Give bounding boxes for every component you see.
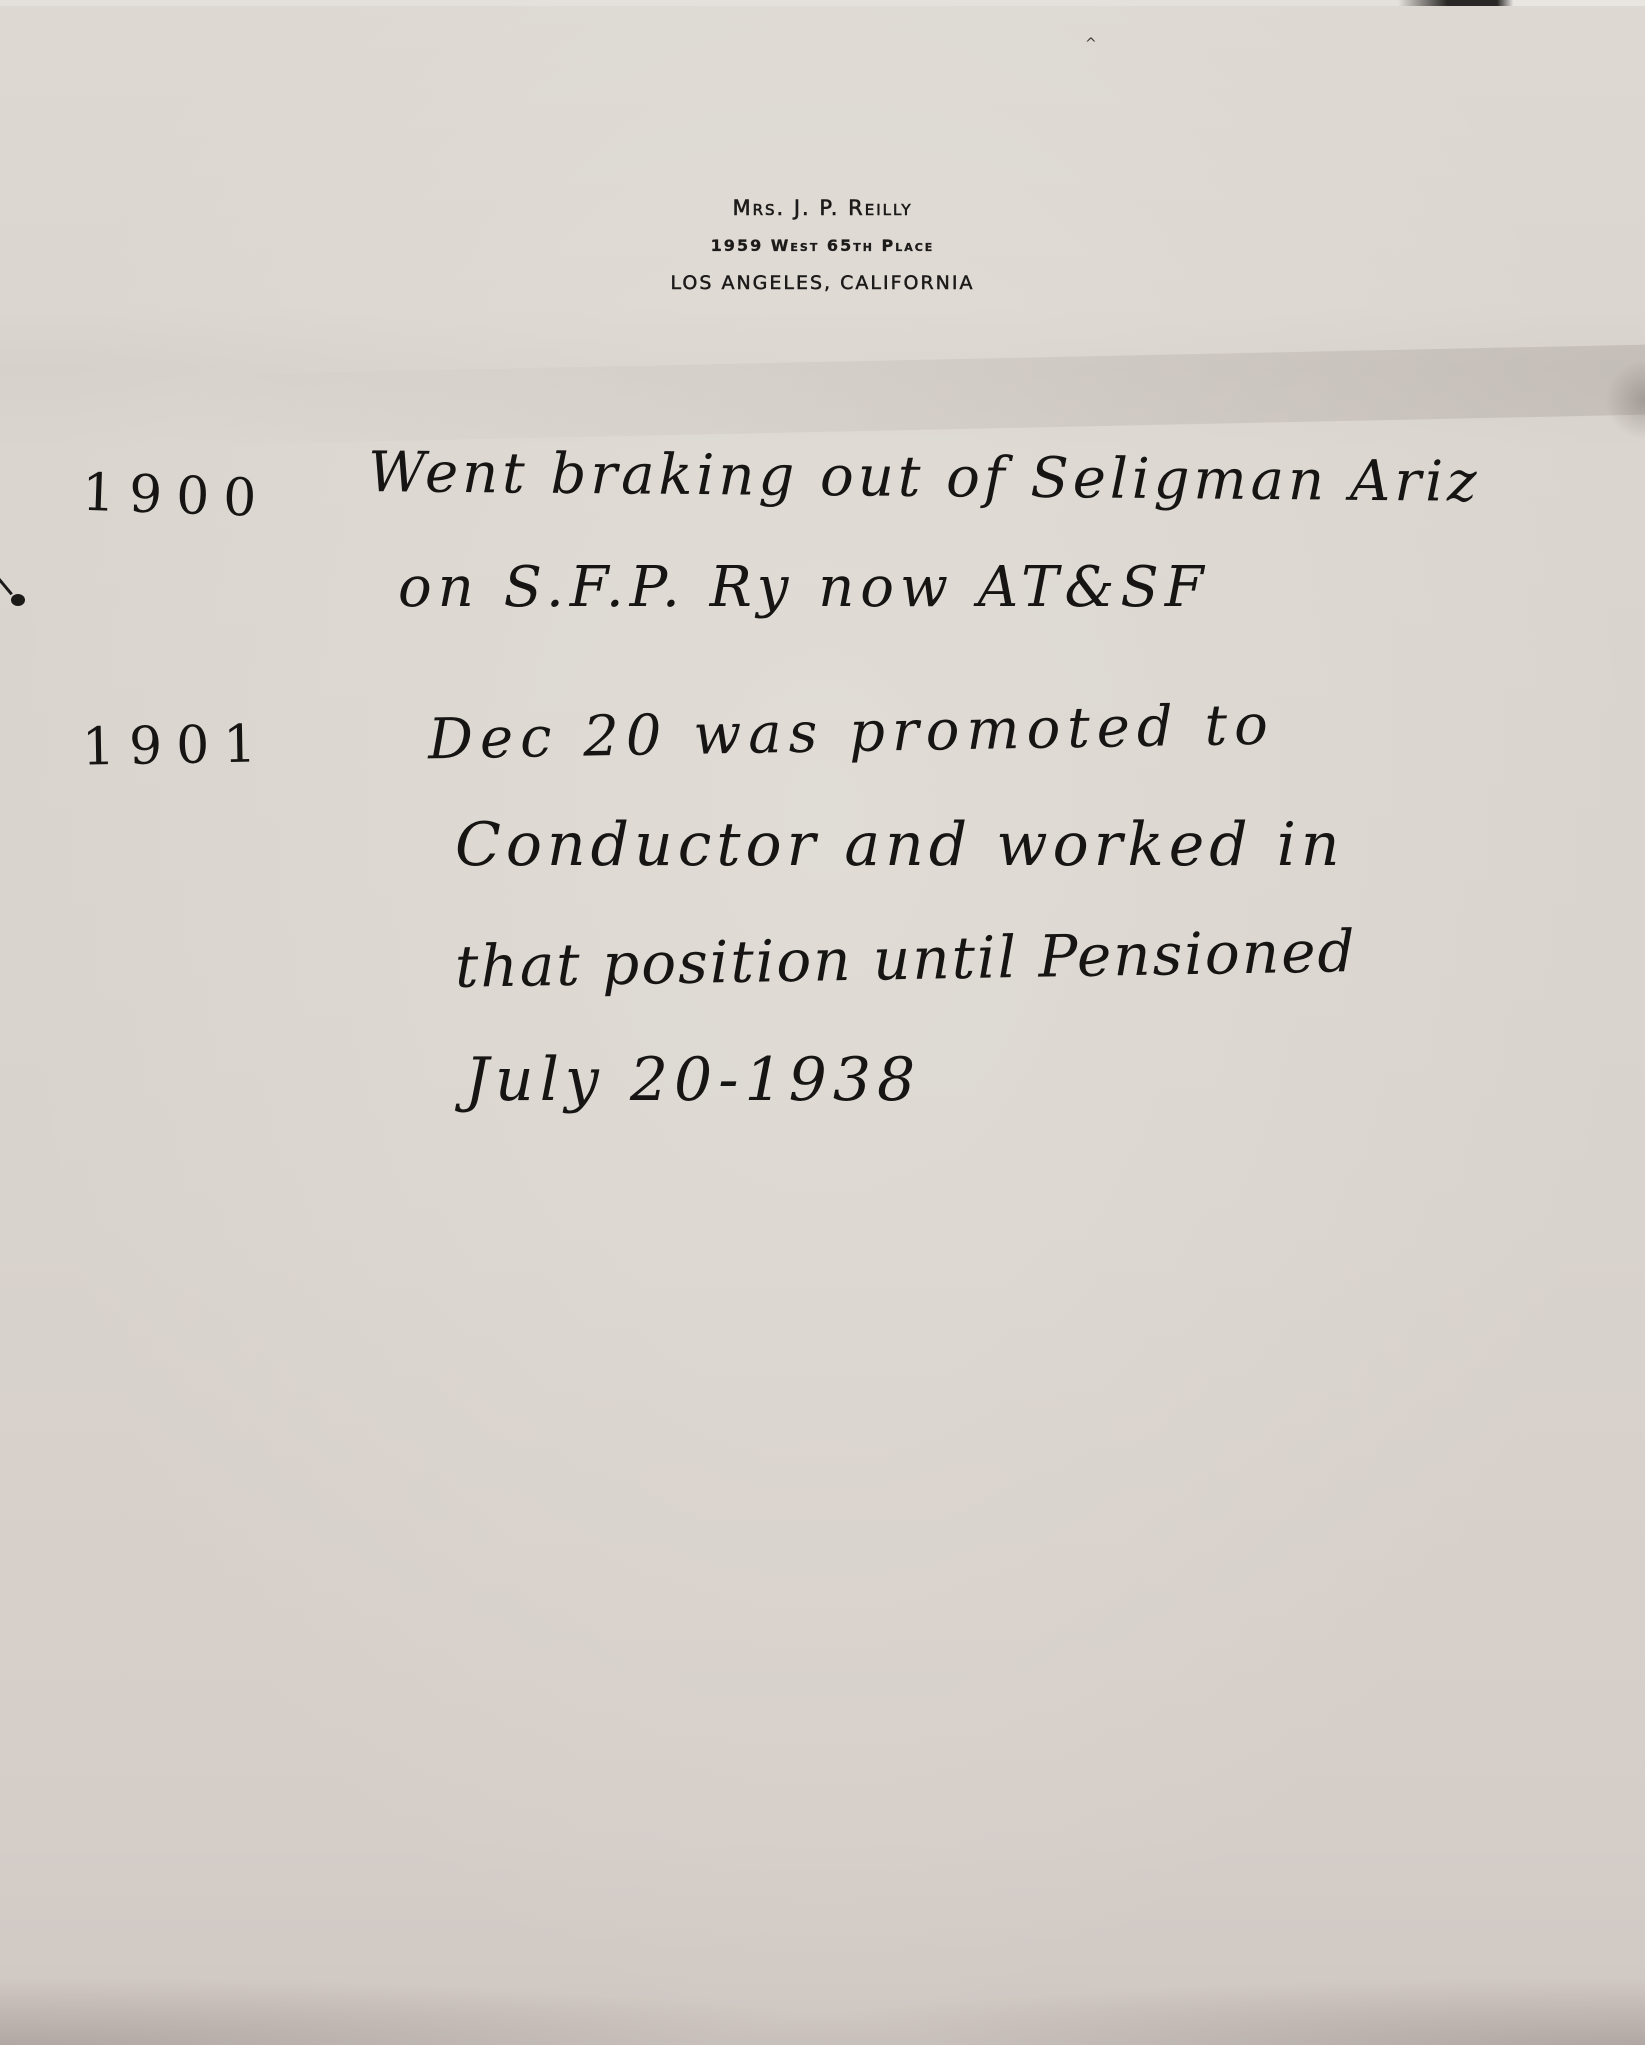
letterhead-city: LOS ANGELES, CALIFORNIA xyxy=(0,272,1645,294)
entry-line: that position until Pensioned xyxy=(455,922,1357,996)
entry-line: on S.F.P. Ry now AT&SF xyxy=(398,560,1210,616)
caret-mark: ^ xyxy=(1085,36,1097,52)
stray-ink-dot xyxy=(11,594,25,606)
letterhead-name: Mrs. J. P. Reilly xyxy=(0,196,1645,220)
entry-line: Dec 20 was promoted to xyxy=(428,698,1276,769)
top-edge-strip xyxy=(0,0,1645,6)
letterhead-street: 1959 West 65th Place xyxy=(0,236,1645,255)
paper-edge-speckle xyxy=(1605,360,1645,440)
entry-year: 1901 xyxy=(82,718,271,773)
entry-line: Went braking out of Seligman Ariz xyxy=(368,445,1481,511)
entry-line: July 20-1938 xyxy=(465,1050,921,1110)
paper-edge-shadow xyxy=(0,1925,1645,2045)
entry-year: 1900 xyxy=(81,467,271,526)
entry-line: Conductor and worked in xyxy=(455,815,1345,875)
letter-paper xyxy=(0,0,1645,2045)
